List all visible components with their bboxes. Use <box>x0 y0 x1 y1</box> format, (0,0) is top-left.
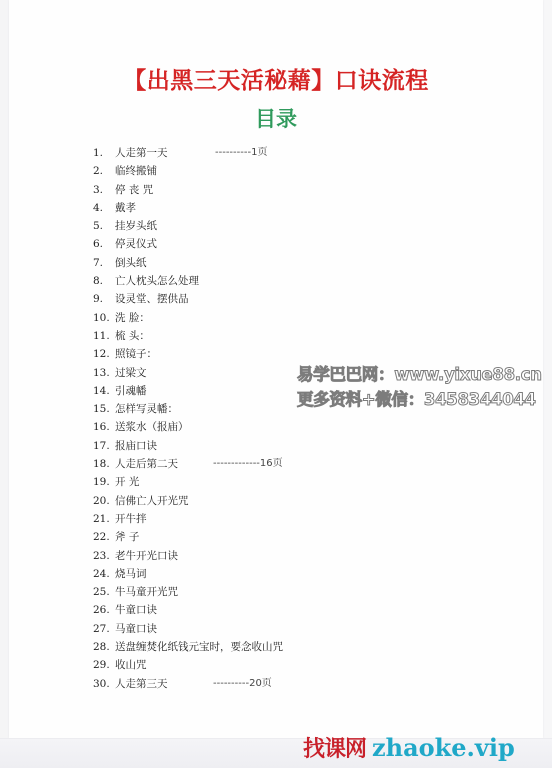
toc-item: 19.开 光 <box>93 473 353 491</box>
brand-name-en: zhaoke.vip <box>372 733 515 762</box>
document-title: 【出黑三天活秘藉】口诀流程 <box>0 62 552 95</box>
toc-item: 28.送盘缠焚化纸钱元宝时，要念收山咒 <box>93 638 353 656</box>
toc-item: 18.人走后第二天-------------16页 <box>93 455 353 473</box>
page-leader: ----------20页 <box>213 675 272 693</box>
brand-watermark: 找课网zhaoke.vip <box>303 732 515 763</box>
toc-item: 29.收山咒 <box>93 656 353 674</box>
toc-item: 4.戴孝 <box>93 199 353 217</box>
toc-item: 24.烧马词 <box>93 565 353 583</box>
toc-item: 16.送浆水（报庙） <box>93 418 353 436</box>
toc-item: 25.牛马童开光咒 <box>93 583 353 601</box>
toc-item: 6.停灵仪式 <box>93 235 353 253</box>
toc-item: 17.报庙口诀 <box>93 437 353 455</box>
toc-item: 27.马童口诀 <box>93 620 353 638</box>
toc-item: 5.挂岁头纸 <box>93 217 353 235</box>
toc-item: 3.停 丧 咒 <box>93 181 353 199</box>
toc-item: 22.斧 子 <box>93 528 353 546</box>
toc-item: 8.亡人枕头怎么处理 <box>93 272 353 290</box>
toc-heading: 目录 <box>0 103 552 133</box>
toc-item: 2.临终搬铺 <box>93 162 353 180</box>
page-leader: ----------1页 <box>215 144 267 162</box>
toc-item: 30.人走第三天----------20页 <box>93 675 353 693</box>
watermark-contact: 更多资料+微信：3458344044 <box>297 386 536 410</box>
toc-item: 7.倒头纸 <box>93 254 353 272</box>
toc-item: 11.梳 头： <box>93 327 353 345</box>
page-leader: -------------16页 <box>213 455 283 473</box>
brand-name-cn: 找课网 <box>303 737 366 762</box>
table-of-contents: 1.人走第一天----------1页 2.临终搬铺 3.停 丧 咒 4.戴孝 … <box>93 144 353 693</box>
toc-item: 23.老牛开光口诀 <box>93 547 353 565</box>
toc-item: 20.信佛亡人开光咒 <box>93 492 353 510</box>
watermark-website: 易学巴巴网：www.yixue88.cn <box>297 361 542 385</box>
toc-item: 10.洗 脸： <box>93 309 353 327</box>
toc-item: 26.牛童口诀 <box>93 601 353 619</box>
toc-item: 9.设灵堂、摆供品 <box>93 290 353 308</box>
toc-item: 1.人走第一天----------1页 <box>93 144 353 162</box>
toc-item: 21.开牛拌 <box>93 510 353 528</box>
